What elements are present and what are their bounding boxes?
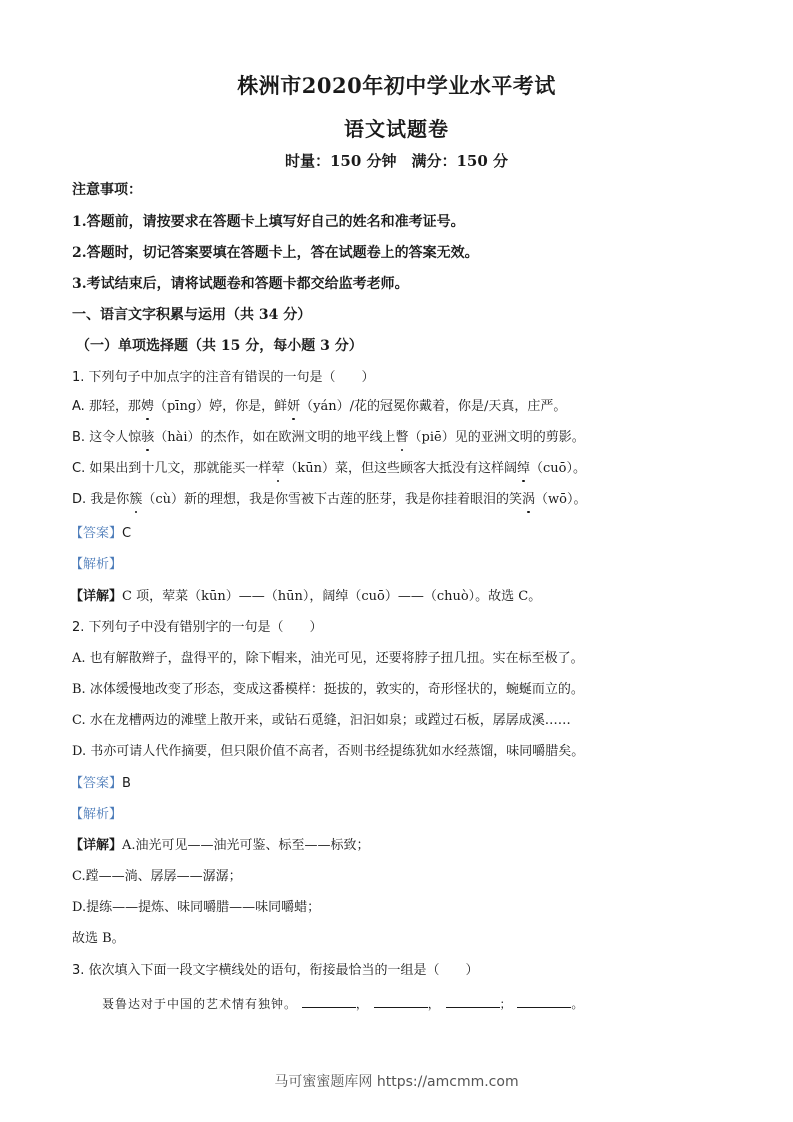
option-text: 也有解散辫子，盘得平的，除下帽来，油光可见，还要将脖子扭几扭。实在标至极了。: [90, 651, 584, 666]
separator: ；: [500, 997, 513, 1011]
option-text: （wō）。: [535, 492, 586, 507]
q2-option-d: D. 书亦可请人代作摘要，但只限价值不高者，否则书经提练犹如水经蒸馏，味同嚼腊矣…: [72, 744, 584, 760]
option-label: B.: [72, 430, 85, 445]
fill-blank-2[interactable]: [374, 995, 428, 1008]
dotted-char: 涡: [522, 492, 535, 508]
separator: ，: [356, 997, 369, 1011]
option-text: 如果出到十几文，那就能买一样: [89, 461, 271, 476]
option-label: C.: [72, 713, 86, 728]
notice-item-3: 3.考试结束后，请将试题卷和答题卡都交给监考老师。: [72, 276, 409, 292]
dotted-char: 瞥: [396, 430, 409, 446]
question-text: 下列句子中没有错别字的一句是（ ）: [89, 620, 323, 635]
option-text: （kūn）菜，但这些顾客大抵没有这样阔: [284, 461, 517, 476]
fill-blank-3[interactable]: [446, 995, 500, 1008]
passage-text: 聂鲁达对于中国的艺术情有独钟。: [102, 997, 297, 1011]
analysis-tag: 【解析】: [70, 557, 122, 572]
q2-detail-line-1: 【详解】A.油光可见——油光可鉴、标至——标致；: [70, 838, 370, 854]
option-text: （pīng）婷，你是，鲜: [154, 399, 287, 414]
option-text: 那轻，那: [89, 399, 141, 414]
fill-blank-4[interactable]: [517, 995, 571, 1008]
detail-tag: 【详解】: [70, 838, 122, 853]
exam-title: 株洲市2020年初中学业水平考试: [0, 70, 793, 100]
question-number: 2.: [72, 620, 84, 635]
q1-analysis: 【解析】: [70, 557, 122, 573]
option-label: C.: [72, 461, 85, 476]
question-number: 3.: [72, 963, 84, 978]
option-text: 书亦可请人代作摘要，但只限价值不高者，否则书经提练犹如水经蒸馏，味同嚼腊矣。: [90, 744, 584, 759]
answer-tag: 【答案】: [70, 776, 122, 791]
answer-tag: 【答案】: [70, 526, 122, 541]
option-label: A.: [72, 651, 86, 666]
q2-option-c: C. 水在龙槽两边的滩壁上散开来，或钻石觅缝，汩汩如泉；或蹚过石板，孱孱成溪……: [72, 713, 571, 729]
detail-text: A.油光可见——油光可鉴、标至——标致；: [122, 838, 370, 853]
notice-heading: 注意事项：: [72, 182, 142, 198]
dotted-char: 绰: [517, 461, 530, 477]
notice-item-1: 1.答题前，请按要求在答题卡上填写好自己的姓名和准考证号。: [72, 214, 465, 230]
exam-info: 时量：150 分钟 满分：150 分: [0, 150, 793, 171]
option-text: （hài）的杰作，如在欧洲文明的地平线上: [154, 430, 395, 445]
q3-passage: 聂鲁达对于中国的艺术情有独钟。 ， ， ； 。: [102, 995, 584, 1012]
q2-analysis: 【解析】: [70, 807, 122, 823]
watermark-footer: 马可蜜蜜题库网 https://amcmm.com: [0, 1071, 793, 1091]
option-text: 我是你: [90, 492, 129, 507]
option-text: （cuō）。: [530, 461, 586, 476]
q1-option-c: C. 如果出到十几文，那就能买一样荤（kūn）菜，但这些顾客大抵没有这样阔绰（c…: [72, 461, 586, 477]
separator: 。: [571, 997, 584, 1011]
question-text: 依次填入下面一段文字横线处的语句，衔接最恰当的一组是（ ）: [89, 963, 479, 978]
q2-answer: 【答案】B: [70, 776, 131, 792]
answer-value: C: [122, 526, 131, 541]
option-label: A.: [72, 399, 85, 414]
option-label: B.: [72, 682, 86, 697]
option-text: 这令人惊: [89, 430, 141, 445]
option-label: D.: [72, 492, 86, 507]
option-text: 冰体缓慢地改变了形态，变成这番模样：挺拔的，敦实的，奇形怪状的，蜿蜒而立的。: [90, 682, 584, 697]
dotted-char: 骇: [141, 430, 154, 446]
fill-blank-1[interactable]: [302, 995, 356, 1008]
detail-tag: 【详解】: [70, 589, 122, 604]
option-text: （piē）见的亚洲文明的剪影。: [409, 430, 585, 445]
detail-text: C 项，荤菜（kūn）——（hūn），阔绰（cuō）——（chuò）。故选 C。: [122, 589, 541, 604]
dotted-char: 娉: [141, 399, 154, 415]
exam-page: 株洲市2020年初中学业水平考试 语文试题卷 时量：150 分钟 满分：150 …: [0, 0, 793, 1122]
option-text: （cù）新的理想，我是你雪被下古莲的胚芽，我是你挂着眼泪的笑: [142, 492, 522, 507]
section-heading: 一、语言文字积累与运用（共 34 分）: [72, 307, 311, 323]
q1-option-d: D. 我是你簇（cù）新的理想，我是你雪被下古莲的胚芽，我是你挂着眼泪的笑涡（w…: [72, 492, 586, 508]
option-label: D.: [72, 744, 86, 759]
q2-detail-line-4: 故选 B。: [72, 931, 125, 947]
option-text: （yán）/花的冠冕你戴着，你是/天真，庄严。: [300, 399, 566, 414]
question-1-stem: 1. 下列句子中加点字的注音有错误的一句是（ ）: [72, 370, 375, 386]
notice-item-2: 2.答题时，切记答案要填在答题卡上，答在试题卷上的答案无效。: [72, 245, 479, 261]
question-2-stem: 2. 下列句子中没有错别字的一句是（ ）: [72, 620, 323, 636]
dotted-char: 簇: [129, 492, 142, 508]
exam-subtitle: 语文试题卷: [0, 113, 793, 142]
q1-answer: 【答案】C: [70, 526, 131, 542]
question-text: 下列句子中加点字的注音有错误的一句是（ ）: [89, 370, 375, 385]
q1-detail: 【详解】C 项，荤菜（kūn）——（hūn），阔绰（cuō）——（chuò）。故…: [70, 589, 541, 605]
q2-option-a: A. 也有解散辫子，盘得平的，除下帽来，油光可见，还要将脖子扭几扭。实在标至极了…: [72, 651, 584, 667]
separator: ，: [428, 997, 441, 1011]
q1-option-b: B. 这令人惊骇（hài）的杰作，如在欧洲文明的地平线上瞥（piē）见的亚洲文明…: [72, 430, 585, 446]
question-3-stem: 3. 依次填入下面一段文字横线处的语句，衔接最恰当的一组是（ ）: [72, 963, 479, 979]
section-subheading: （一）单项选择题（共 15 分，每小题 3 分）: [76, 338, 363, 354]
q2-detail-line-3: D.提练——提炼、味同嚼腊——味同嚼蜡；: [72, 900, 320, 916]
dotted-char: 荤: [271, 461, 284, 477]
answer-value: B: [122, 776, 131, 791]
option-text: 水在龙槽两边的滩壁上散开来，或钻石觅缝，汩汩如泉；或蹚过石板，孱孱成溪……: [90, 713, 571, 728]
q1-option-a: A. 那轻，那娉（pīng）婷，你是，鲜妍（yán）/花的冠冕你戴着，你是/天真…: [72, 399, 566, 415]
q2-option-b: B. 冰体缓慢地改变了形态，变成这番模样：挺拔的，敦实的，奇形怪状的，蜿蜒而立的…: [72, 682, 584, 698]
dotted-char: 妍: [287, 399, 300, 415]
q2-detail-line-2: C.蹚——淌、孱孱——潺潺；: [72, 869, 242, 885]
question-number: 1.: [72, 370, 84, 385]
analysis-tag: 【解析】: [70, 807, 122, 822]
